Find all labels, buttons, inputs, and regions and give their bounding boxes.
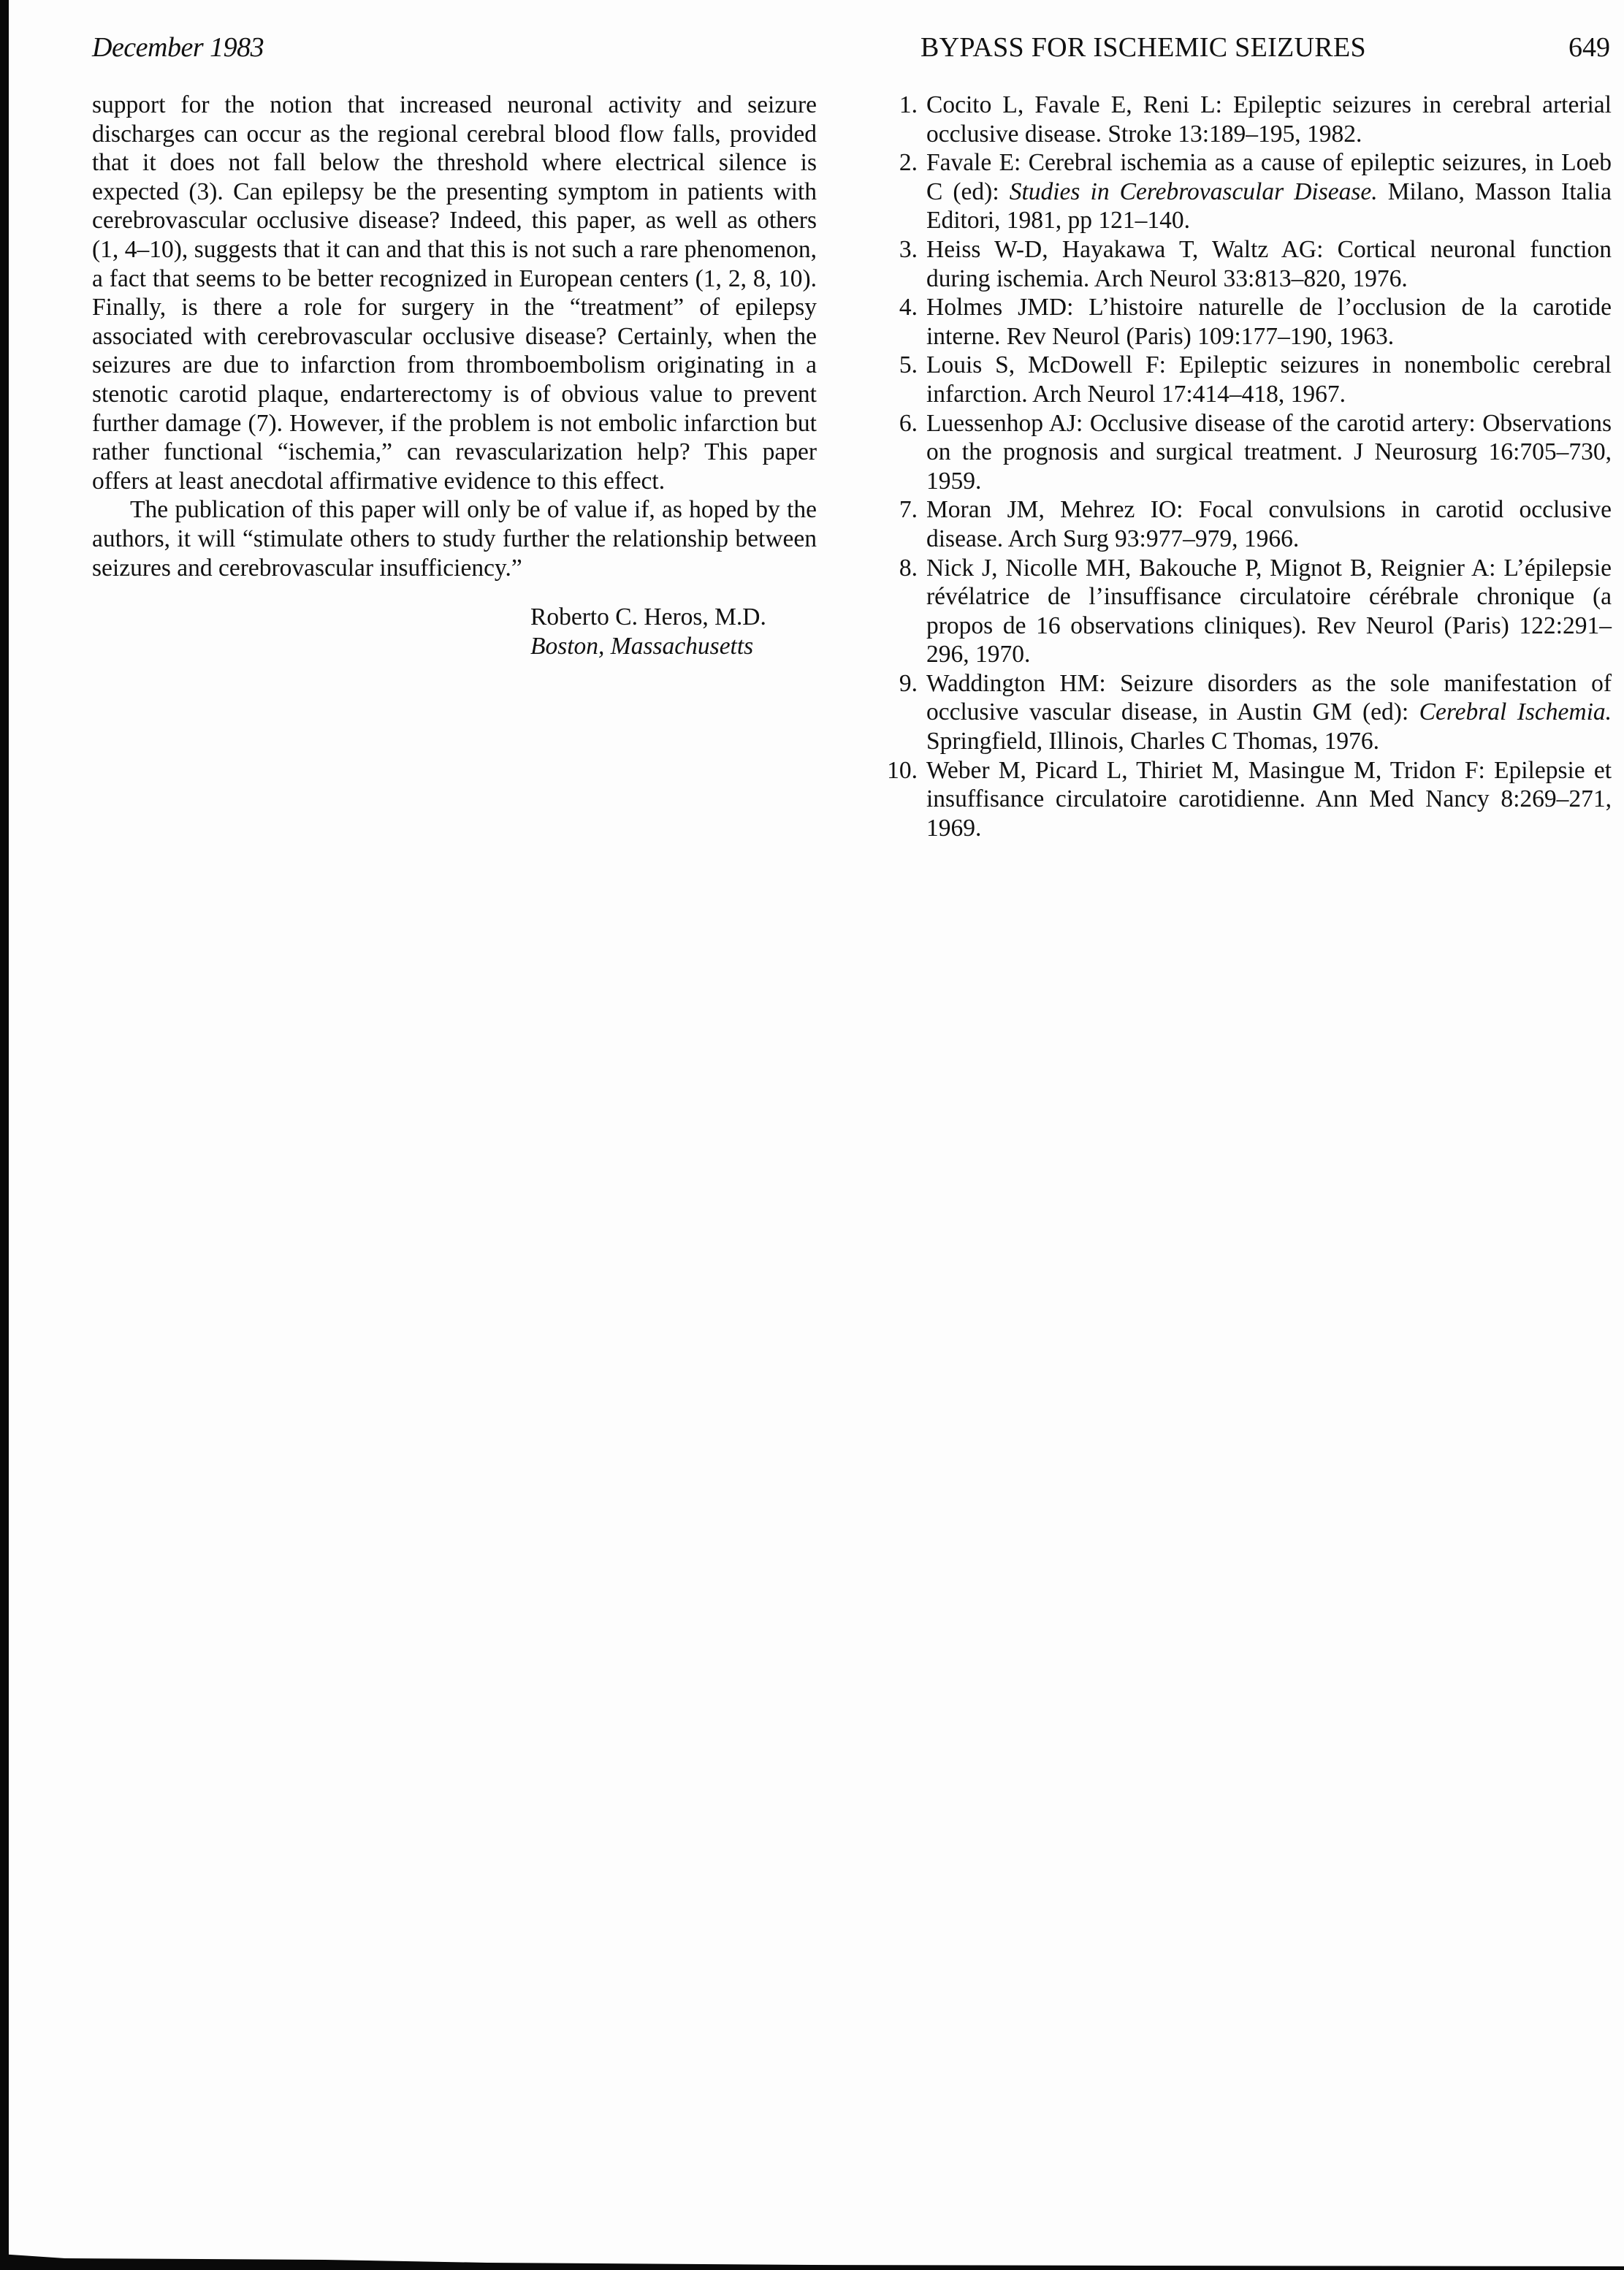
reference-number: 8. <box>885 554 918 583</box>
reference-number: 7. <box>885 495 918 525</box>
signature-block: Roberto C. Heros, M.D. Boston, Massachus… <box>530 603 817 660</box>
reference-text: Holmes JMD: L’histoire naturelle de l’oc… <box>926 294 1612 350</box>
reference-number: 3. <box>885 235 918 264</box>
commentary-column: support for the notion that increased ne… <box>92 91 817 660</box>
reference-text: Weber M, Picard L, Thiriet M, Masingue M… <box>926 757 1612 842</box>
commentary-paragraph: support for the notion that increased ne… <box>92 91 817 495</box>
reference-text: Cocito L, Favale E, Reni L: Epileptic se… <box>926 91 1612 148</box>
scan-bottom-border <box>0 2254 1624 2270</box>
reference-item: 7.Moran JM, Mehrez IO: Focal convulsions… <box>885 495 1612 553</box>
reference-number: 2. <box>885 148 918 178</box>
reference-number: 10. <box>885 756 918 785</box>
page-number: 649 <box>1568 31 1610 64</box>
reference-item: 1.Cocito L, Favale E, Reni L: Epileptic … <box>885 91 1612 148</box>
reference-text: Moran JM, Mehrez IO: Focal convulsions i… <box>926 496 1612 552</box>
reference-text: Luessenhop AJ: Occlusive disease of the … <box>926 410 1612 495</box>
reference-item: 10.Weber M, Picard L, Thiriet M, Masingu… <box>885 756 1612 843</box>
reference-item: 3.Heiss W-D, Hayakawa T, Waltz AG: Corti… <box>885 235 1612 293</box>
reference-list: 1.Cocito L, Favale E, Reni L: Epileptic … <box>885 91 1612 842</box>
reference-item: 5.Louis S, McDowell F: Epileptic seizure… <box>885 351 1612 408</box>
references-column: 1.Cocito L, Favale E, Reni L: Epileptic … <box>885 91 1612 842</box>
reference-number: 1. <box>885 91 918 120</box>
reference-text: Heiss W-D, Hayakawa T, Waltz AG: Cortica… <box>926 236 1612 292</box>
signature-location: Boston, Massachusetts <box>530 632 817 661</box>
commentary-paragraph: The publication of this paper will only … <box>92 495 817 582</box>
reference-number: 9. <box>885 669 918 698</box>
running-head-date: December 1983 <box>92 31 264 64</box>
reference-text: Springfield, Illinois, Charles C Thomas,… <box>926 728 1379 755</box>
reference-text: Nick J, Nicolle MH, Bakouche P, Mignot B… <box>926 555 1612 669</box>
reference-item: 6.Luessenhop AJ: Occlusive disease of th… <box>885 409 1612 496</box>
reference-item: 2.Favale E: Cerebral ischemia as a cause… <box>885 148 1612 235</box>
reference-number: 4. <box>885 293 918 322</box>
signature-name: Roberto C. Heros, M.D. <box>530 603 817 632</box>
reference-item: 9.Waddington HM: Seizure disorders as th… <box>885 669 1612 756</box>
reference-item: 4.Holmes JMD: L’histoire naturelle de l’… <box>885 293 1612 351</box>
reference-number: 6. <box>885 409 918 438</box>
reference-item: 8.Nick J, Nicolle MH, Bakouche P, Mignot… <box>885 554 1612 669</box>
running-head-title: BYPASS FOR ISCHEMIC SEIZURES <box>920 31 1366 64</box>
reference-number: 5. <box>885 351 918 380</box>
reference-book-title: Cerebral Ischemia. <box>1419 698 1612 725</box>
scan-left-border <box>0 0 9 2270</box>
reference-book-title: Studies in Cerebrovascular Disease. <box>1010 178 1378 205</box>
reference-text: Louis S, McDowell F: Epileptic seizures … <box>926 351 1612 408</box>
running-head-right: BYPASS FOR ISCHEMIC SEIZURES 649 <box>920 31 1610 64</box>
